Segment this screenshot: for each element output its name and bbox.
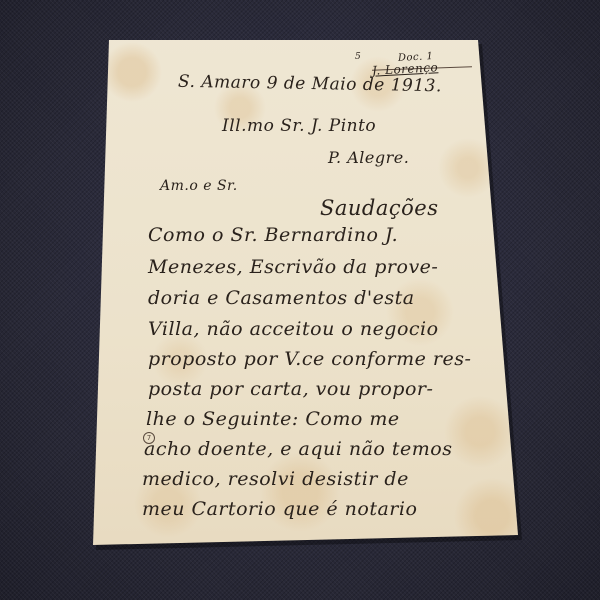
body-line: Como o Sr. Bernardino J. — [148, 224, 398, 246]
photo-scene: 5 Doc. 1 J. Lorenço S. Amaro 9 de Maio d… — [0, 0, 600, 600]
addressee-name: Ill.mo Sr. J. Pinto — [222, 116, 376, 136]
body-line: Menezes, Escrivão da prove- — [148, 256, 438, 278]
body-line: acho doente, e aqui não temos — [144, 438, 452, 460]
body-line: posta por carta, vou propor- — [148, 378, 433, 400]
body-line: medico, resolvi desistir de — [142, 468, 409, 490]
addressee-city: P. Alegre. — [328, 148, 409, 167]
body-line: lhe o Seguinte: Como me — [146, 408, 400, 430]
body-line: proposto por V.ce conforme res- — [148, 348, 471, 370]
salutation: Am.o e Sr. — [160, 178, 238, 194]
body-line: doria e Casamentos d'esta — [148, 287, 415, 309]
body-line: meu Cartorio que é notario — [142, 498, 417, 520]
margin-circle-mark: 7 — [143, 432, 155, 444]
greeting: Saudações — [320, 196, 439, 220]
body-line: Villa, não acceitou o negocio — [148, 318, 439, 340]
annotation-number: 5 — [355, 52, 361, 62]
